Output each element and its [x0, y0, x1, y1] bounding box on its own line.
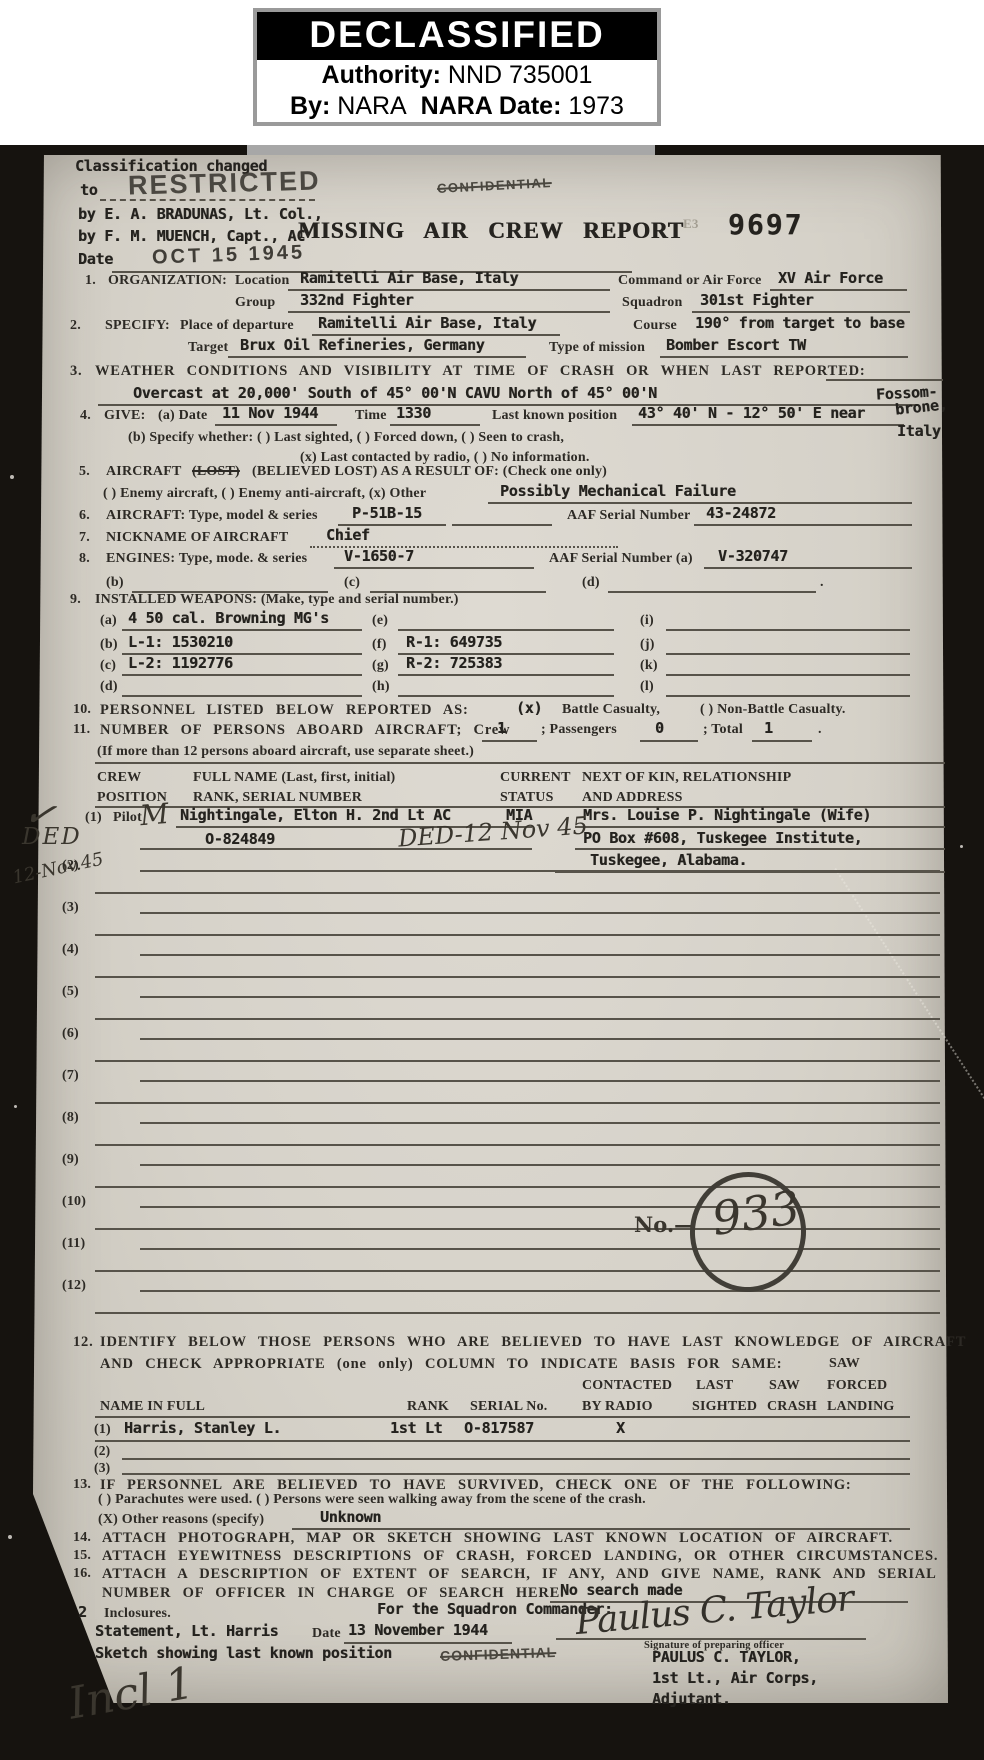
faint-mark: E3 [683, 216, 699, 232]
crew-table-top-rule [95, 762, 945, 764]
officer-rank: 1st Lt., Air Corps, [652, 1669, 818, 1687]
item11-passengers-label: ; Passengers [541, 722, 617, 738]
item4-time-value: 1330 [396, 404, 431, 422]
item2-target-label: Target [188, 340, 228, 356]
crew-row4-number: (4) [62, 942, 79, 958]
item9-number: 9. [70, 592, 81, 608]
item1-number: 1. [85, 273, 96, 289]
item1-label: ORGANIZATION: [108, 273, 227, 289]
item5-number: 5. [79, 464, 90, 480]
item3-value: Overcast at 20,000' South of 45° 00'N CA… [133, 384, 657, 402]
report-title: MISSING AIR CREW REPORT [298, 218, 684, 244]
by-value: NARA [337, 92, 406, 120]
crew-row9-number: (9) [62, 1152, 79, 1168]
item11-crew-line [482, 740, 537, 742]
item9-c-line [122, 674, 362, 676]
item12-header-contacted: CONTACTED [582, 1378, 672, 1394]
item6-serial-label: AAF Serial Number [567, 508, 690, 524]
item9-e-label: (e) [372, 613, 388, 629]
crew-row3-line-b [95, 934, 940, 936]
item9-k-line [666, 674, 910, 676]
item10-label: PERSONNEL LISTED BELOW REPORTED AS: [100, 702, 469, 719]
item1-command-value: XV Air Force [778, 269, 883, 287]
crew-row4-line-b [95, 976, 940, 978]
item8-c-label: (c) [344, 575, 360, 591]
item12-number: 12. [73, 1334, 94, 1351]
nara-date-label: NARA Date: [421, 92, 562, 120]
item9-f-label: (f) [372, 637, 387, 653]
authority-label: Authority: [322, 61, 441, 89]
crew-row8-line-a [140, 1122, 940, 1124]
item5-other-line [488, 502, 912, 504]
inclosure-sketch: Sketch showing last known position [95, 1644, 392, 1662]
item9-g-label: (g) [372, 658, 389, 674]
item9-g-value: R-2: 725383 [406, 654, 502, 672]
crew-row11-line-a [140, 1248, 940, 1250]
item4-time-label: Time [355, 408, 387, 424]
crew-row10-line-b [95, 1228, 940, 1230]
item2-departure-label: Place of departure [180, 318, 294, 334]
crew-row3-number: (3) [62, 900, 79, 916]
item12-row1-serial: O-817587 [464, 1419, 534, 1437]
item8-serial-value: V-320747 [718, 547, 788, 565]
crew-row3-line-a [140, 912, 940, 914]
inclosures-count: 2 [78, 1603, 87, 1621]
item3-trailing-line [826, 379, 943, 381]
item9-f-value: R-1: 649735 [406, 633, 502, 651]
item4-label: GIVE: [104, 408, 145, 424]
item8-d-line [608, 591, 816, 593]
crew-row11-line-b [95, 1270, 940, 1272]
footer-date-value: 13 November 1944 [348, 1621, 488, 1639]
item9-label: INSTALLED WEAPONS: (Make, type and seria… [95, 592, 459, 608]
item9-j-label: (j) [640, 637, 655, 653]
document-page: DECLASSIFIED Authority: NND 735001 By: N… [0, 0, 984, 1760]
item9-h-line [398, 695, 614, 697]
crew-row4-line-a [140, 954, 940, 956]
item9-j-line [666, 653, 910, 655]
item9-a-value: 4 50 cal. Browning MG's [128, 609, 329, 627]
item5-options: ( ) Enemy aircraft, ( ) Enemy anti-aircr… [103, 486, 426, 502]
item11-crew-value: 1 [497, 719, 506, 737]
item12-row1-radio-check: X [616, 1419, 625, 1437]
item9-l-label: (l) [640, 679, 654, 695]
crew-row8-line-b [95, 1144, 940, 1146]
item9-i-label: (i) [640, 613, 654, 629]
item12-header-sighted: SIGHTED [692, 1399, 757, 1415]
item10-battle-label: Battle Casualty, [562, 702, 660, 718]
item4-time-line [390, 424, 480, 426]
item9-k-label: (k) [640, 658, 658, 674]
crew-row1-kin-line1: Mrs. Louise P. Nightingale (Wife) [583, 806, 871, 824]
crew-header-kin1: NEXT OF KIN, RELATIONSHIP [582, 770, 791, 786]
item12-header-rule [95, 1416, 910, 1418]
item9-b-label: (b) [100, 637, 118, 653]
crew-row12-line-a [140, 1290, 940, 1292]
footer-date-label: Date [312, 1626, 341, 1642]
item11-passengers-line [640, 740, 698, 742]
item13-option2: (X) Other reasons (specify) [98, 1512, 264, 1528]
item9-d-label: (d) [100, 679, 118, 695]
crew-header-crew: CREW [97, 770, 141, 786]
declassified-banner: DECLASSIFIED Authority: NND 735001 By: N… [253, 8, 661, 126]
item5-label-post: (BELIEVED LOST) AS A RESULT OF: (Check o… [252, 464, 607, 480]
crew-row7-number: (7) [62, 1068, 79, 1084]
item14-label: ATTACH PHOTOGRAPH, MAP OR SKETCH SHOWING… [102, 1530, 893, 1547]
item1-group-value: 332nd Fighter [300, 291, 414, 309]
item8-period: . [820, 575, 824, 591]
officer-title: Adjutant. [652, 1690, 731, 1708]
item4-b-line: (b) Specify whether: ( ) Last sighted, (… [128, 430, 564, 446]
item9-h-label: (h) [372, 679, 390, 695]
item2-departure-value: Ramitelli Air Base, Italy [318, 314, 536, 332]
item6-label: AIRCRAFT: Type, model & series [106, 508, 318, 524]
item2-mission-label: Type of mission [549, 340, 645, 356]
crew-row8-number: (8) [62, 1110, 79, 1126]
crew-row6-number: (6) [62, 1026, 79, 1042]
report-number: 9697 [728, 208, 803, 241]
item9-b-value: L-1: 1530210 [128, 633, 233, 651]
crew-row2-line-b [95, 892, 940, 894]
crew-row7-line-a [140, 1080, 940, 1082]
crew-row10-number: (10) [62, 1194, 86, 1210]
crew-row1-kin-line2: PO Box #608, Tuskegee Institute, [583, 829, 862, 847]
item3-number: 3. [70, 363, 82, 380]
item12-row2-number: (2) [94, 1443, 110, 1459]
item11-total-line [752, 740, 812, 742]
crew-row1-name: Nightingale, Elton H. 2nd Lt AC [180, 806, 451, 824]
item1-group-label: Group [235, 295, 275, 311]
crew-row5-number: (5) [62, 984, 79, 1000]
declassified-title: DECLASSIFIED [257, 12, 657, 60]
item10-nonbattle-label: ( ) Non-Battle Casualty. [700, 702, 846, 718]
date-label: Date [78, 250, 113, 268]
item12-header-name: NAME IN FULL [100, 1399, 205, 1415]
crew-header-name1: FULL NAME (Last, first, initial) [193, 770, 395, 786]
item2-course-label: Course [633, 318, 677, 334]
crew-header-status1: CURRENT [500, 770, 571, 786]
item15-number: 15. [73, 1548, 91, 1564]
item12-header-saw: SAW [769, 1378, 800, 1394]
item6-value: P-51B-15 [352, 504, 422, 522]
item13-number: 13. [73, 1477, 91, 1493]
crew-row1-position: Pilot [113, 810, 142, 826]
item2-target-line [228, 356, 526, 358]
item13-option1: ( ) Parachutes were used. ( ) Persons we… [98, 1492, 646, 1508]
item12-header-landing: LANDING [827, 1399, 895, 1415]
crew-row5-line-a [140, 996, 940, 998]
item14-number: 14. [73, 1530, 91, 1546]
item7-value: Chief [326, 526, 370, 544]
item1-squadron-line [692, 311, 910, 313]
item6-blank-line [452, 524, 552, 526]
item12-row1-rank: 1st Lt [390, 1419, 442, 1437]
item9-a-label: (a) [100, 613, 117, 629]
restricted-stamp: RESTRICTED [128, 165, 321, 201]
item12-header-radio: BY RADIO [582, 1399, 653, 1415]
item12-row2-rule [122, 1458, 910, 1460]
crew-row1-kin-line3: Tuskegee, Alabama. [590, 851, 747, 869]
crew-row2-line-a [140, 870, 940, 872]
crew-row12-line-b [95, 1312, 940, 1314]
crew-row11-number: (11) [62, 1236, 85, 1252]
crew-row7-line-b [95, 1102, 940, 1104]
item4-date-line [215, 424, 337, 426]
crew-row10-line-a [140, 1206, 940, 1208]
margin-hand-ded: DED [22, 824, 82, 850]
item12-row3-number: (3) [94, 1460, 110, 1476]
item8-b-label: (b) [106, 575, 124, 591]
crew-header-kin2: AND ADDRESS [582, 790, 683, 806]
item5-label-pre: AIRCRAFT [106, 464, 182, 480]
item12-row3-rule [122, 1473, 910, 1475]
item11-note: (If more than 12 persons aboard aircraft… [97, 744, 474, 760]
item9-i-line [666, 629, 910, 631]
item11-period: . [818, 722, 822, 738]
crew-row9-line-b [95, 1186, 940, 1188]
item2-mission-line [660, 356, 908, 358]
item4-position-line [632, 424, 904, 426]
item15-label: ATTACH EYEWITNESS DESCRIPTIONS OF CRASH,… [102, 1548, 938, 1565]
item4-margin-note2: Italy [897, 422, 941, 440]
item6-serial-line [694, 524, 912, 526]
crew-row1-hand-initial: M [139, 797, 170, 832]
item1-squadron-value: 301st Fighter [700, 291, 814, 309]
item9-g-line [398, 674, 614, 676]
crew-header-status2: STATUS [500, 790, 554, 806]
case-number-label: No.— [634, 1212, 695, 1237]
item1-group-line [288, 311, 610, 313]
item9-e-line [398, 629, 614, 631]
crew-row6-line-b [95, 1060, 940, 1062]
item12-row1-rule [95, 1440, 910, 1442]
item1-location-label: Location [235, 273, 290, 289]
crew-header-name2: RANK, SERIAL NUMBER [193, 790, 362, 806]
item12-row1-name: Harris, Stanley L. [124, 1419, 281, 1437]
by-line: By: NARA NARA Date: 1973 [257, 91, 657, 122]
item11-number: 11. [73, 722, 90, 738]
item9-a-line [122, 629, 362, 631]
item4-position-value: 43° 40' N - 12° 50' E near [638, 404, 865, 422]
item11-passengers-value: 0 [655, 719, 664, 737]
crew-row1-serial: O-824849 [205, 830, 275, 848]
item12-line2: AND CHECK APPROPRIATE (one only) COLUMN … [100, 1356, 782, 1373]
item6-serial-value: 43-24872 [706, 504, 776, 522]
item12-row1-number: (1) [94, 1422, 111, 1438]
item6-number: 6. [79, 508, 90, 524]
item4-number: 4. [80, 408, 91, 424]
inclosures-label: Inclosures. [104, 1606, 171, 1622]
item10-number: 10. [73, 702, 91, 718]
item12-header-last: LAST [696, 1378, 733, 1394]
item10-check: (x) [516, 699, 542, 717]
crew-row1-kin-line1-rule [575, 826, 945, 828]
item7-number: 7. [79, 530, 90, 546]
crew-row1-kin-line2-rule [575, 848, 945, 850]
item2-course-value: 190° from target to base [695, 314, 905, 332]
crew-row12-number: (12) [62, 1278, 86, 1294]
item8-serial-line [704, 567, 912, 569]
by-line-1: by E. A. BRADUNAS, Lt. Col., [78, 205, 322, 223]
item2-mission-value: Bomber Escort TW [666, 336, 806, 354]
by-label: By: [290, 92, 330, 120]
item12-header-forced: FORCED [827, 1378, 887, 1394]
item1-location-value: Ramitelli Air Base, Italy [300, 269, 518, 287]
item16-number: 16. [73, 1566, 91, 1582]
item1-squadron-label: Squadron [622, 295, 683, 311]
item8-value-line [334, 567, 534, 569]
authority-line: Authority: NND 735001 [257, 60, 657, 91]
crew-row2-number: (2) [62, 858, 79, 874]
item5-lost-struck: (LOST) [192, 464, 240, 480]
item12-line1: IDENTIFY BELOW THOSE PERSONS WHO ARE BEL… [100, 1334, 966, 1351]
item12-header-crash: CRASH [767, 1399, 817, 1415]
item12-saw-top: SAW [829, 1356, 860, 1372]
item2-number: 2. [70, 318, 81, 334]
item12-header-serial: SERIAL No. [470, 1399, 547, 1415]
item8-d-label: (d) [582, 575, 600, 591]
item4-a-label: (a) Date [158, 408, 207, 424]
item12-header-rank: RANK [407, 1399, 449, 1415]
item11-total-value: 1 [764, 719, 773, 737]
crew-row1-number: (1) [85, 810, 102, 826]
item2-target-value: Brux Oil Refineries, Germany [240, 336, 484, 354]
item9-c-value: L-2: 1192776 [128, 654, 233, 672]
item11-label: NUMBER OF PERSONS ABOARD AIRCRAFT; Crew [100, 722, 510, 739]
crew-row5-line-b [95, 1018, 940, 1020]
officer-name: PAULUS C. TAYLOR, [652, 1648, 800, 1666]
item8-label: ENGINES: Type, mode. & series [106, 551, 307, 567]
item7-label: NICKNAME OF AIRCRAFT [106, 530, 288, 546]
nara-date-value: 1973 [568, 92, 624, 120]
item1-command-label: Command or Air Force [618, 273, 762, 289]
item11-total-label: ; Total [703, 722, 743, 738]
item3-label: WEATHER CONDITIONS AND VISIBILITY AT TIM… [95, 363, 865, 380]
crew-row9-line-a [140, 1164, 940, 1166]
item8-serial-label: AAF Serial Number (a) [549, 551, 693, 567]
item13-option2-value: Unknown [320, 1508, 381, 1526]
item8-value: V-1650-7 [344, 547, 414, 565]
item2-label: SPECIFY: [105, 318, 170, 334]
item4-date-value: 11 Nov 1944 [222, 404, 318, 422]
inclosure-statement: Statement, Lt. Harris [95, 1622, 278, 1640]
item9-l-line [666, 695, 910, 697]
authority-value: NND 735001 [448, 61, 593, 89]
to-label: to [80, 181, 97, 199]
crew-row1-serial-line [140, 848, 532, 850]
item8-number: 8. [79, 551, 90, 567]
item9-c-label: (c) [100, 658, 116, 674]
item4-position-label: Last known position [492, 408, 617, 424]
item5-other-value: Possibly Mechanical Failure [500, 482, 736, 500]
item9-d-line [122, 695, 362, 697]
crew-row6-line-a [140, 1038, 940, 1040]
